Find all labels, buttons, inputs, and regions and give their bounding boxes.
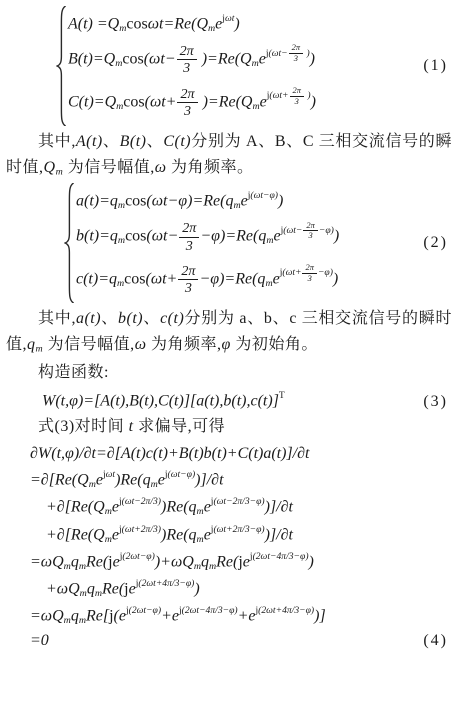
derivation-line: =ωQmqmRe[j(ej(2ωt−φ)+ej(2ωt−4π/3−φ)+ej(2… (30, 603, 452, 628)
document-page: A(t) =Qmcosωt=Re(Qmejωt) B(t)=Qmcos(ωt−2… (0, 0, 466, 727)
equation-2-lines: a(t)=qmcos(ωt−φ)=Re(qmej(ωt−φ)) b(t)=qmc… (76, 187, 339, 299)
equation-line: b(t)=qmcos(ωt−2π3−φ)=Re(qmej(ωt−2π3−φ)) (76, 219, 339, 254)
derivation-last-row: =0 (4) (30, 630, 452, 652)
equation-number-4: (4) (423, 632, 452, 650)
equation-line: A(t) =Qmcosωt=Re(Qmejωt) (68, 12, 316, 35)
paragraph-derivative-intro: 式(3)对时间 t 求偏导,可得 (6, 414, 452, 440)
equation-line: c(t)=qmcos(ωt+2π3−φ)=Re(qmej(ωt+2π3−φ)) (76, 262, 339, 297)
derivation-line: =ωQmqmRe(jej(2ωt−φ))+ωQmqmRe(jej(2ωt−4π/… (30, 549, 452, 574)
equation-line: W(t,φ)=[A(t),B(t),C(t)][a(t),b(t),c(t)]T (42, 390, 285, 411)
derivation-line: +∂[Re(Qmej(ωt+2π/3))Re(qmej(ωt+2π/3−φ))]… (30, 522, 452, 547)
equation-1-lines: A(t) =Qmcosωt=Re(Qmejωt) B(t)=Qmcos(ωt−2… (68, 10, 316, 122)
derivation-line: +ωQmqmRe(jej(2ωt+4π/3−φ)) (30, 576, 452, 601)
derivation-line: ∂W(t,φ)/∂t=∂[A(t)c(t)+B(t)b(t)+C(t)a(t)]… (30, 443, 452, 465)
equation-block-1: A(t) =Qmcosωt=Re(Qmejωt) B(t)=Qmcos(ωt−2… (56, 6, 452, 126)
equation-block-3: W(t,φ)=[A(t),B(t),C(t)][a(t),b(t),c(t)]T… (42, 390, 452, 411)
equation-block-2: a(t)=qmcos(ωt−φ)=Re(qmej(ωt−φ)) b(t)=qmc… (64, 183, 452, 303)
equation-number-1: (1) (423, 57, 452, 75)
derivation-block: ∂W(t,φ)/∂t=∂[A(t)c(t)+B(t)b(t)+C(t)a(t)]… (30, 443, 452, 652)
derivation-line: =0 (30, 630, 49, 652)
equation-line: B(t)=Qmcos(ωt−2π3 )=Re(Qmej(ωt−2π3 )) (68, 42, 316, 77)
derivation-line: +∂[Re(Qmej(ωt−2π/3))Re(qmej(ωt−2π/3−φ))]… (30, 494, 452, 519)
equation-number-3: (3) (423, 393, 452, 411)
derivation-line: =∂[Re(Qmejωt)Re(qmej(ωt−φ))]/∂t (30, 467, 452, 492)
paragraph-definitions-abc-lower: 其中,a(t)、b(t)、c(t)分别为 a、b、c 三相交流信号的瞬时值,qm… (6, 306, 452, 357)
equation-number-2: (2) (423, 234, 452, 252)
left-brace-icon (64, 183, 76, 303)
paragraph-definitions-abc-upper: 其中,A(t)、B(t)、C(t)分别为 A、B、C 三相交流信号的瞬时值,Qm… (6, 129, 452, 180)
paragraph-construct-function: 构造函数: (6, 360, 452, 386)
equation-line: a(t)=qmcos(ωt−φ)=Re(qmej(ωt−φ)) (76, 189, 339, 212)
equation-line: C(t)=Qmcos(ωt+2π3 )=Re(Qmej(ωt+2π3 )) (68, 85, 316, 120)
left-brace-icon (56, 6, 68, 126)
